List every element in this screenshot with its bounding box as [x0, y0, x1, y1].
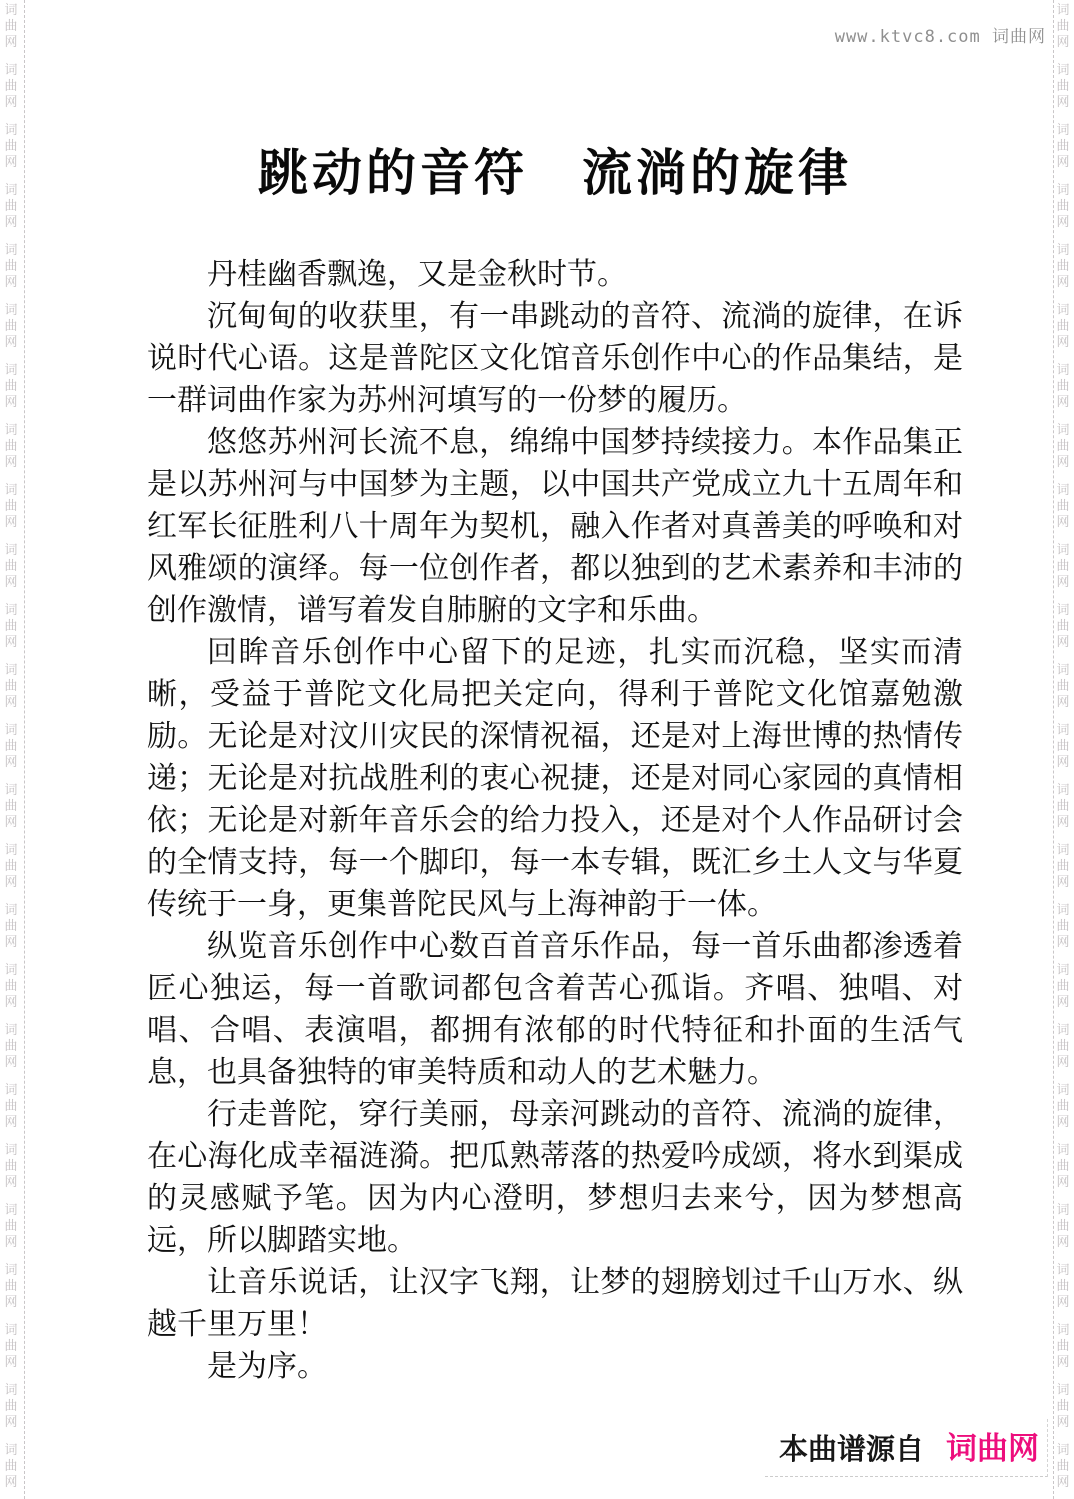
side-watermark-group: 词曲网	[4, 1082, 17, 1142]
side-watermark-group: 词曲网	[4, 122, 17, 182]
preface-body: 丹桂幽香飘逸，又是金秋时节。沉甸甸的收获里，有一串跳动的音符、流淌的旋律，在诉说…	[147, 254, 963, 1388]
paragraph: 丹桂幽香飘逸，又是金秋时节。	[147, 254, 963, 296]
side-watermark-char: 词	[1056, 182, 1069, 198]
side-watermark-char: 词	[1056, 302, 1069, 318]
side-watermark-char: 曲	[4, 438, 17, 454]
side-watermark-char: 网	[1056, 754, 1069, 770]
side-watermark-char: 曲	[1056, 258, 1069, 274]
side-watermark-char: 网	[4, 1174, 17, 1190]
side-watermark-char: 曲	[4, 378, 17, 394]
side-watermark-char: 网	[1056, 394, 1069, 410]
side-watermark-char: 网	[1056, 334, 1069, 350]
side-watermark-group: 词曲网	[4, 242, 17, 302]
side-watermark-char: 网	[4, 994, 17, 1010]
side-watermark-char: 网	[1056, 214, 1069, 230]
document-page: 词曲网词曲网词曲网词曲网词曲网词曲网词曲网词曲网词曲网词曲网词曲网词曲网词曲网词…	[0, 0, 1074, 1499]
side-watermark-char: 词	[1056, 902, 1069, 918]
paragraph: 沉甸甸的收获里，有一串跳动的音符、流淌的旋律，在诉说时代心语。这是普陀区文化馆音…	[147, 296, 963, 422]
side-watermark-group: 词曲网	[4, 722, 17, 782]
side-watermark-char: 网	[4, 574, 17, 590]
side-watermark-char: 词	[4, 1442, 17, 1458]
side-watermark-char: 词	[1056, 422, 1069, 438]
side-watermark-char: 网	[4, 514, 17, 530]
side-watermark-group: 词曲网	[1056, 662, 1069, 722]
side-watermark-char: 曲	[1056, 1218, 1069, 1234]
side-watermark-group: 词曲网	[1056, 962, 1069, 1022]
side-watermark-char: 曲	[1056, 918, 1069, 934]
side-watermark-char: 网	[4, 1114, 17, 1130]
side-watermark-char: 曲	[4, 18, 17, 34]
side-watermark-group: 词曲网	[1056, 482, 1069, 542]
side-watermark-group: 词曲网	[1056, 902, 1069, 962]
side-watermark-group: 词曲网	[4, 842, 17, 902]
side-watermark-char: 网	[1056, 814, 1069, 830]
side-watermark-char: 网	[4, 634, 17, 650]
side-watermark-char: 曲	[4, 318, 17, 334]
paragraph: 纵览音乐创作中心数百首音乐作品，每一首乐曲都渗透着匠心独运，每一首歌词都包含着苦…	[147, 926, 963, 1094]
side-watermark-char: 词	[4, 122, 17, 138]
side-watermark-char: 网	[1056, 1054, 1069, 1070]
side-watermark-group: 词曲网	[1056, 1382, 1069, 1442]
side-watermark-char: 曲	[1056, 1038, 1069, 1054]
side-watermark-char: 网	[4, 214, 17, 230]
side-watermark-group: 词曲网	[4, 1382, 17, 1442]
side-watermark-char: 曲	[1056, 1098, 1069, 1114]
side-watermark-char: 词	[4, 842, 17, 858]
side-watermark-group: 词曲网	[1056, 1262, 1069, 1322]
side-watermark-char: 词	[1056, 1142, 1069, 1158]
side-watermark-char: 词	[4, 902, 17, 918]
side-watermark-char: 词	[1056, 1262, 1069, 1278]
side-watermark-char: 词	[1056, 2, 1069, 18]
side-watermark-char: 词	[4, 242, 17, 258]
side-watermark-char: 词	[1056, 1202, 1069, 1218]
side-watermark-char: 词	[4, 1322, 17, 1338]
side-watermark-char: 曲	[1056, 1278, 1069, 1294]
side-watermark-char: 曲	[4, 1278, 17, 1294]
side-watermark-char: 词	[4, 962, 17, 978]
side-watermark-char: 曲	[4, 738, 17, 754]
side-watermark-group: 词曲网	[4, 1202, 17, 1262]
side-watermark-group: 词曲网	[4, 1022, 17, 1082]
side-watermark-char: 网	[4, 754, 17, 770]
side-watermark-char: 曲	[1056, 1338, 1069, 1354]
footer-brand-link[interactable]: 词曲网	[946, 1423, 1039, 1468]
side-watermark-char: 词	[4, 62, 17, 78]
side-watermark-char: 曲	[1056, 858, 1069, 874]
side-watermark-group: 词曲网	[4, 1262, 17, 1322]
side-watermark-char: 网	[4, 1234, 17, 1250]
side-watermark-group: 词曲网	[1056, 782, 1069, 842]
side-watermark-char: 曲	[4, 858, 17, 874]
footer-watermark: 本曲谱源自 词曲网	[765, 1419, 1048, 1477]
footer-source-text: 本曲谱源自	[779, 1427, 924, 1468]
side-watermark-group: 词曲网	[1056, 122, 1069, 182]
side-watermark-char: 词	[4, 1202, 17, 1218]
side-watermark-char: 网	[4, 34, 17, 50]
right-watermark-column: 词曲网词曲网词曲网词曲网词曲网词曲网词曲网词曲网词曲网词曲网词曲网词曲网词曲网词…	[1054, 2, 1072, 1499]
side-watermark-group: 词曲网	[1056, 182, 1069, 242]
side-watermark-char: 词	[1056, 1322, 1069, 1338]
side-watermark-char: 网	[1056, 514, 1069, 530]
side-watermark-char: 词	[4, 482, 17, 498]
side-watermark-char: 词	[1056, 62, 1069, 78]
side-watermark-group: 词曲网	[1056, 2, 1069, 62]
side-watermark-char: 网	[1056, 934, 1069, 950]
side-watermark-char: 曲	[4, 258, 17, 274]
side-watermark-char: 曲	[4, 978, 17, 994]
side-watermark-char: 词	[1056, 662, 1069, 678]
side-watermark-group: 词曲网	[4, 1142, 17, 1202]
side-watermark-char: 网	[4, 154, 17, 170]
side-watermark-char: 网	[1056, 1294, 1069, 1310]
side-watermark-char: 网	[4, 814, 17, 830]
side-watermark-char: 网	[1056, 694, 1069, 710]
side-watermark-char: 曲	[4, 1218, 17, 1234]
side-watermark-char: 曲	[1056, 738, 1069, 754]
paragraph: 让音乐说话，让汉字飞翔，让梦的翅膀划过千山万水、纵越千里万里！	[147, 1262, 963, 1346]
side-watermark-char: 词	[4, 302, 17, 318]
side-watermark-char: 词	[4, 1382, 17, 1398]
side-watermark-char: 词	[4, 602, 17, 618]
side-watermark-group: 词曲网	[4, 302, 17, 362]
side-watermark-char: 曲	[4, 918, 17, 934]
side-watermark-char: 网	[4, 874, 17, 890]
side-watermark-char: 词	[4, 782, 17, 798]
side-watermark-char: 网	[4, 1054, 17, 1070]
side-watermark-char: 曲	[1056, 318, 1069, 334]
side-watermark-char: 网	[4, 394, 17, 410]
side-watermark-char: 词	[4, 422, 17, 438]
side-watermark-char: 词	[1056, 1442, 1069, 1458]
side-watermark-char: 词	[4, 1022, 17, 1038]
side-watermark-char: 词	[1056, 1022, 1069, 1038]
side-watermark-char: 词	[1056, 482, 1069, 498]
side-watermark-char: 网	[1056, 454, 1069, 470]
side-watermark-char: 曲	[1056, 438, 1069, 454]
side-watermark-group: 词曲网	[1056, 1142, 1069, 1202]
side-watermark-group: 词曲网	[1056, 842, 1069, 902]
side-watermark-group: 词曲网	[1056, 602, 1069, 662]
side-watermark-char: 曲	[4, 1398, 17, 1414]
side-watermark-char: 网	[1056, 1174, 1069, 1190]
side-watermark-char: 网	[4, 94, 17, 110]
side-watermark-char: 词	[1056, 602, 1069, 618]
side-watermark-char: 曲	[1056, 558, 1069, 574]
side-watermark-char: 词	[4, 362, 17, 378]
left-watermark-column: 词曲网词曲网词曲网词曲网词曲网词曲网词曲网词曲网词曲网词曲网词曲网词曲网词曲网词…	[2, 2, 20, 1499]
side-watermark-char: 曲	[4, 798, 17, 814]
side-watermark-char: 词	[1056, 242, 1069, 258]
side-watermark-char: 网	[1056, 874, 1069, 890]
side-watermark-char: 曲	[4, 1098, 17, 1114]
side-watermark-char: 曲	[4, 1038, 17, 1054]
side-watermark-char: 曲	[1056, 198, 1069, 214]
side-watermark-group: 词曲网	[4, 182, 17, 242]
side-watermark-group: 词曲网	[1056, 362, 1069, 422]
side-watermark-group: 词曲网	[1056, 1202, 1069, 1262]
side-watermark-char: 词	[1056, 722, 1069, 738]
side-watermark-char: 词	[1056, 542, 1069, 558]
paragraph: 悠悠苏州河长流不息，绵绵中国梦持续接力。本作品集正是以苏州河与中国梦为主题，以中…	[147, 422, 963, 632]
side-watermark-char: 网	[4, 1414, 17, 1430]
side-watermark-char: 曲	[1056, 618, 1069, 634]
side-watermark-char: 曲	[1056, 678, 1069, 694]
side-watermark-char: 曲	[4, 138, 17, 154]
side-watermark-char: 网	[1056, 634, 1069, 650]
side-watermark-char: 曲	[1056, 1158, 1069, 1174]
side-watermark-char: 网	[1056, 154, 1069, 170]
page-title: 跳动的音符 流淌的旋律	[147, 142, 963, 204]
side-watermark-char: 词	[1056, 362, 1069, 378]
side-watermark-char: 曲	[4, 558, 17, 574]
side-watermark-group: 词曲网	[1056, 722, 1069, 782]
side-watermark-group: 词曲网	[4, 2, 17, 62]
side-watermark-char: 网	[1056, 1114, 1069, 1130]
side-watermark-char: 词	[4, 722, 17, 738]
paragraph: 回眸音乐创作中心留下的足迹，扎实而沉稳，坚实而清晰，受益于普陀文化局把关定向，得…	[147, 632, 963, 926]
side-watermark-char: 词	[4, 1262, 17, 1278]
side-watermark-char: 词	[4, 182, 17, 198]
side-watermark-group: 词曲网	[1056, 1322, 1069, 1382]
side-watermark-char: 曲	[1056, 378, 1069, 394]
side-watermark-char: 网	[4, 334, 17, 350]
side-watermark-char: 网	[1056, 1234, 1069, 1250]
side-watermark-group: 词曲网	[4, 62, 17, 122]
side-watermark-char: 曲	[4, 618, 17, 634]
side-watermark-char: 曲	[1056, 498, 1069, 514]
side-watermark-group: 词曲网	[4, 962, 17, 1022]
side-watermark-char: 词	[1056, 962, 1069, 978]
side-watermark-char: 曲	[1056, 138, 1069, 154]
side-watermark-group: 词曲网	[1056, 1022, 1069, 1082]
side-watermark-group: 词曲网	[4, 422, 17, 482]
side-watermark-char: 曲	[1056, 18, 1069, 34]
side-watermark-char: 词	[4, 1082, 17, 1098]
side-watermark-char: 网	[4, 454, 17, 470]
side-watermark-char: 曲	[1056, 1398, 1069, 1414]
left-dashed-line	[24, 0, 25, 1499]
side-watermark-group: 词曲网	[1056, 62, 1069, 122]
side-watermark-char: 词	[1056, 842, 1069, 858]
side-watermark-group: 词曲网	[4, 602, 17, 662]
side-watermark-group: 词曲网	[4, 1322, 17, 1382]
preface-content: 跳动的音符 流淌的旋律 丹桂幽香飘逸，又是金秋时节。沉甸甸的收获里，有一串跳动的…	[147, 0, 963, 1388]
side-watermark-char: 网	[1056, 94, 1069, 110]
side-watermark-char: 曲	[4, 678, 17, 694]
side-watermark-char: 网	[1056, 34, 1069, 50]
side-watermark-char: 词	[1056, 1382, 1069, 1398]
side-watermark-group: 词曲网	[1056, 242, 1069, 302]
side-watermark-char: 曲	[4, 498, 17, 514]
side-watermark-group: 词曲网	[4, 902, 17, 962]
paragraph: 是为序。	[147, 1346, 963, 1388]
side-watermark-group: 词曲网	[4, 782, 17, 842]
side-watermark-char: 曲	[4, 1338, 17, 1354]
side-watermark-char: 网	[1056, 574, 1069, 590]
side-watermark-char: 曲	[4, 1458, 17, 1474]
side-watermark-group: 词曲网	[4, 662, 17, 722]
side-watermark-char: 网	[1056, 274, 1069, 290]
side-watermark-char: 曲	[1056, 978, 1069, 994]
side-watermark-char: 曲	[4, 1158, 17, 1174]
side-watermark-char: 曲	[1056, 1458, 1069, 1474]
side-watermark-char: 词	[4, 542, 17, 558]
side-watermark-char: 词	[1056, 1082, 1069, 1098]
side-watermark-char: 网	[1056, 1474, 1069, 1490]
side-watermark-char: 网	[1056, 1414, 1069, 1430]
side-watermark-group: 词曲网	[1056, 542, 1069, 602]
side-watermark-group: 词曲网	[1056, 1082, 1069, 1142]
side-watermark-char: 曲	[1056, 78, 1069, 94]
side-watermark-group: 词曲网	[1056, 1442, 1069, 1499]
paragraph: 行走普陀，穿行美丽，母亲河跳动的音符、流淌的旋律，在心海化成幸福涟漪。把瓜熟蒂落…	[147, 1094, 963, 1262]
side-watermark-char: 网	[1056, 994, 1069, 1010]
side-watermark-char: 曲	[4, 198, 17, 214]
side-watermark-char: 词	[4, 662, 17, 678]
side-watermark-char: 网	[4, 274, 17, 290]
side-watermark-char: 网	[4, 934, 17, 950]
side-watermark-char: 网	[4, 694, 17, 710]
side-watermark-char: 网	[4, 1474, 17, 1490]
side-watermark-group: 词曲网	[4, 482, 17, 542]
side-watermark-char: 词	[1056, 782, 1069, 798]
side-watermark-group: 词曲网	[4, 362, 17, 422]
side-watermark-char: 词	[1056, 122, 1069, 138]
right-dashed-line	[1053, 0, 1054, 1499]
side-watermark-char: 曲	[4, 78, 17, 94]
side-watermark-char: 网	[4, 1354, 17, 1370]
side-watermark-char: 词	[4, 1142, 17, 1158]
side-watermark-char: 词	[4, 2, 17, 18]
side-watermark-char: 曲	[1056, 798, 1069, 814]
side-watermark-group: 词曲网	[1056, 422, 1069, 482]
side-watermark-char: 网	[4, 1294, 17, 1310]
side-watermark-char: 网	[1056, 1354, 1069, 1370]
side-watermark-group: 词曲网	[1056, 302, 1069, 362]
side-watermark-group: 词曲网	[4, 542, 17, 602]
side-watermark-group: 词曲网	[4, 1442, 17, 1499]
